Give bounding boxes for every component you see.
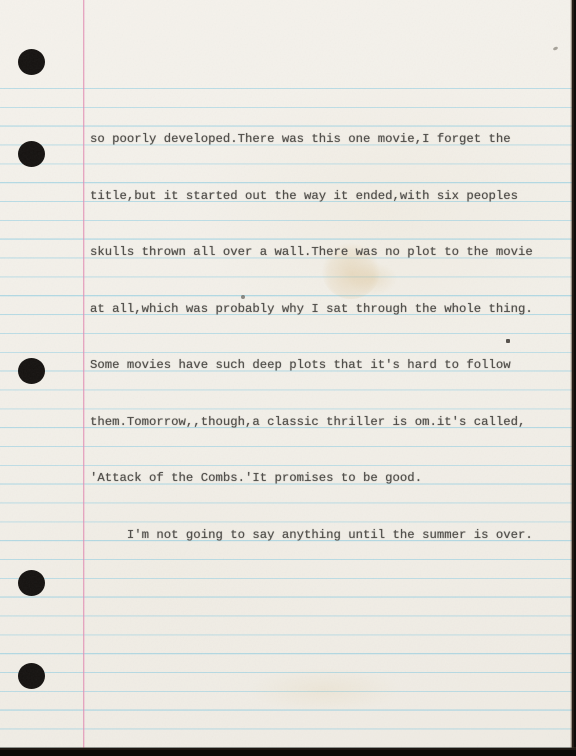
scan-edge-right [569, 0, 576, 756]
punch-hole [18, 570, 45, 596]
typewritten-text: so poorly developed.There was this one m… [90, 93, 533, 583]
punch-hole [18, 358, 45, 384]
scan-edge-bottom [0, 746, 576, 756]
text-line: Some movies have such deep plots that it… [90, 356, 533, 375]
notebook-page: so poorly developed.There was this one m… [0, 0, 576, 756]
text-line: skulls thrown all over a wall.There was … [90, 243, 533, 262]
text-line: them.Tomorrow,,though,a classic thriller… [90, 413, 533, 432]
punch-hole [18, 49, 45, 75]
text-line: at all,which was probably why I sat thro… [90, 300, 533, 319]
text-line: title,but it started out the way it ende… [90, 187, 533, 206]
paper-stain [250, 668, 400, 712]
paper-speck [553, 46, 559, 51]
margin-line [83, 0, 85, 748]
punch-hole [18, 663, 45, 689]
text-line: I'm not going to say anything until the … [90, 526, 533, 545]
text-line: so poorly developed.There was this one m… [90, 130, 533, 149]
punch-hole [18, 141, 45, 167]
text-line: 'Attack of the Combs.'It promises to be … [90, 469, 533, 488]
